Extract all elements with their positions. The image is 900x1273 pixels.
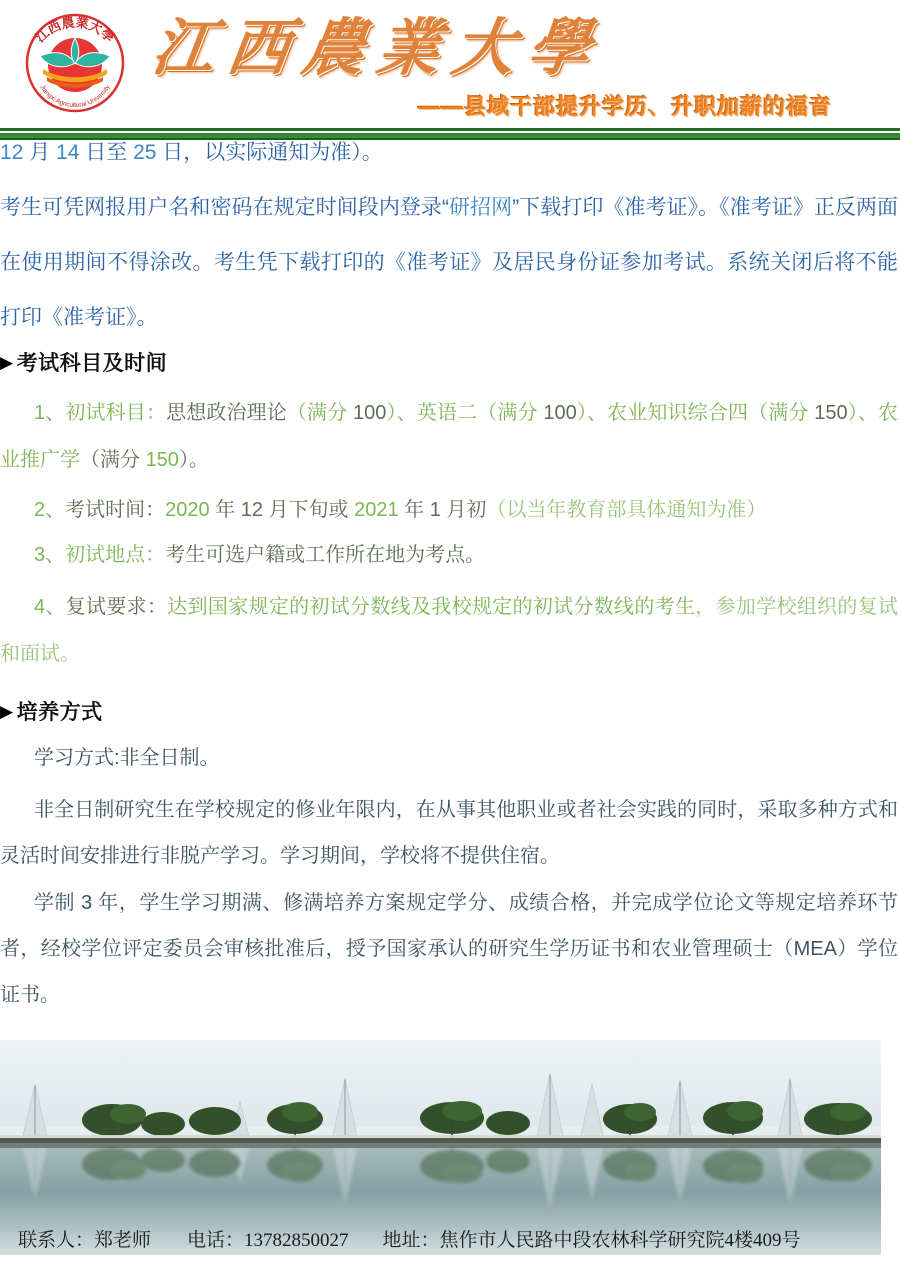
exam-item-subjects: 1、初试科目：思想政治理论（满分 100）、英语二（满分 100）、农业知识综合… — [0, 390, 898, 484]
admission-ticket-paragraph: 考生可凭网报用户名和密码在规定时间段内登录“研招网”下载打印《准考证》。《准考证… — [0, 180, 898, 345]
section-heading-exam-label: 考试科目及时间 — [17, 352, 168, 375]
photo-shore-light-edge — [0, 1135, 881, 1138]
lake-scene-svg — [0, 1040, 881, 1255]
intro-date-line: 12 月 14 日至 25 日，以实际通知为准）。 — [0, 139, 898, 167]
flyer-page: 江西農業大學 Jiangxi Agricultural University 江… — [0, 0, 900, 1273]
exam-item-location: 3、初试地点：考生可选户籍或工作所在地为考点。 — [0, 540, 898, 570]
contact-person: 联系人：郑老师 — [18, 1225, 151, 1252]
logo-emblem-svg: 江西農業大學 Jiangxi Agricultural University — [13, 5, 137, 118]
exam-item-time: 2、考试时间：2020 年 12 月下旬或 2021 年 1 月初（以当年教育部… — [0, 495, 898, 525]
section-heading-training-label: 培养方式 — [17, 701, 103, 724]
training-paragraph-parttime: 非全日制研究生在学校规定的修业年限内，在从事其他职业或者社会实践的同时，采取多种… — [0, 787, 898, 879]
contact-address: 地址：焦作市人民路中段农林科学研究院4楼409号 — [383, 1225, 801, 1252]
university-logo: 江西農業大學 Jiangxi Agricultural University — [13, 5, 137, 118]
campus-lake-photo: 联系人：郑老师电话：13782850027地址：焦作市人民路中段农林科学研究院4… — [0, 1040, 881, 1255]
contact-bar: 联系人：郑老师电话：13782850027地址：焦作市人民路中段农林科学研究院4… — [18, 1225, 868, 1252]
contact-phone: 电话：13782850027 — [187, 1225, 349, 1252]
triangle-bullet-icon: ▶ — [0, 353, 14, 372]
page-title: 江西農業大學 — [146, 4, 609, 96]
triangle-bullet-icon: ▶ — [0, 702, 14, 721]
photo-shore-strip — [0, 1138, 881, 1143]
training-paragraph-study-mode: 学习方式:非全日制。 — [0, 744, 898, 772]
exam-item-retest: 4、复试要求：达到国家规定的初试分数线及我校规定的初试分数线的考生，参加学校组织… — [0, 584, 898, 678]
training-paragraph-degree: 学制 3 年，学生学习期满、修满培养方案规定学分、成绩合格，并完成学位论文等规定… — [0, 880, 898, 1018]
section-heading-exam: ▶考试科目及时间 — [0, 347, 898, 377]
photo-shore-shadow — [0, 1143, 881, 1148]
section-heading-training: ▶培养方式 — [0, 696, 898, 726]
page-subtitle: ——县域干部提升学历、升职加薪的福音 — [418, 90, 832, 121]
